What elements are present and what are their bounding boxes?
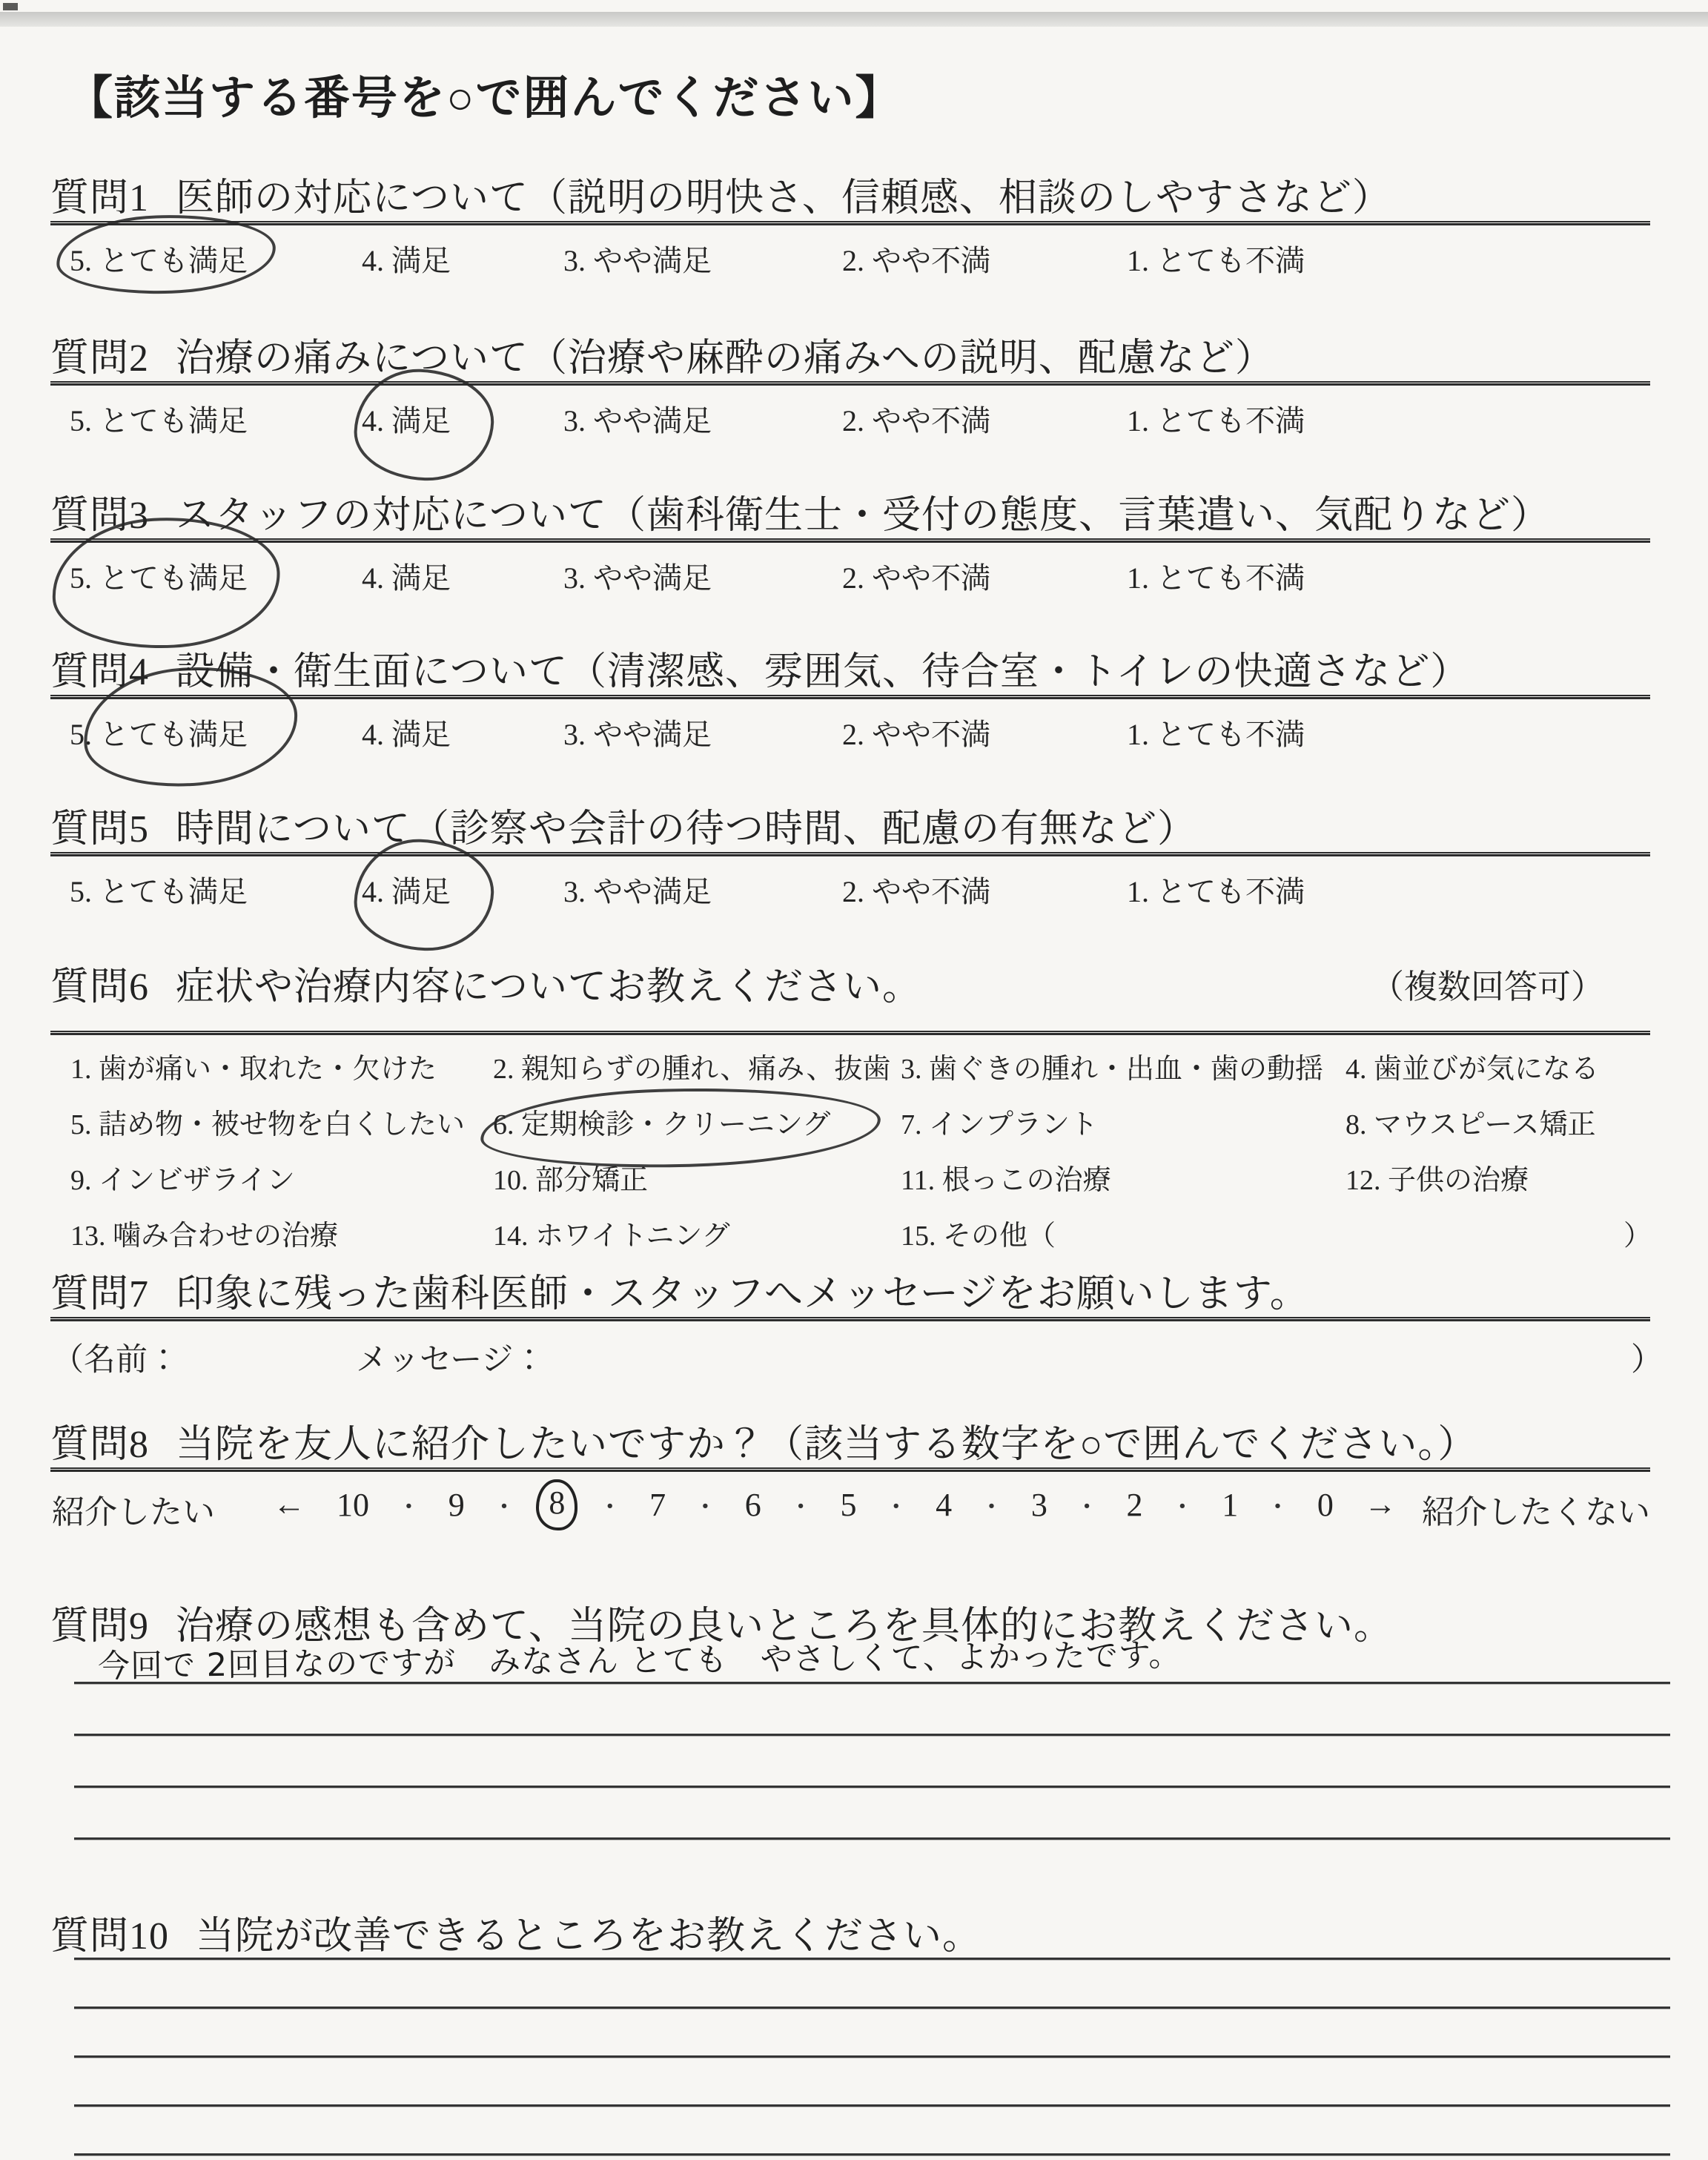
survey-page: 【該当する番号を○で囲んでください】 質問1医師の対応について（説明の明快さ、信… [0,0,1708,2160]
q8-number-9: 9 [448,1486,465,1524]
q9-answer-line-2 [74,1734,1670,1736]
q8-dot: ・ [396,1487,421,1523]
scan-edge-artifact [0,12,1708,27]
q6-option-15-close-paren: ） [1623,1212,1652,1253]
question-6: 質問6症状や治療内容についてお教えください。 （複数回答可） 1. 歯が痛い・取… [50,955,1652,1266]
q6-option-4: 4. 歯並びが気になる [1345,1046,1599,1086]
question-5: 質問5時間について（診察や会計の待つ時間、配慮の有無など） 5. とても満足 4… [50,797,1652,853]
q6-option-2: 2. 親知らずの腫れ、痛み、抜歯 [493,1046,891,1086]
question-6-text: 症状や治療内容についてお教えください。 [176,966,921,1008]
q4-option-4: 4. 満足 [362,711,451,753]
q10-answer-line-5 [74,2153,1670,2156]
q6-option-12: 12. 子供の治療 [1345,1157,1529,1198]
q6-option-3: 3. 歯ぐきの腫れ・出血・歯の動揺 [901,1046,1323,1086]
q6-option-15: 15. その他（ [901,1212,1056,1253]
q3-option-4: 4. 満足 [362,555,451,597]
q6-option-6: 6. 定期検診・クリーニング [493,1101,830,1142]
q7-name-label: （名前： [52,1335,179,1380]
question-5-text: 時間について（診察や会計の待つ時間、配慮の有無など） [176,808,1196,851]
question-10-title: 質問10当院が改善できるところをお教えください。 [50,1904,1652,1960]
q9-answer-line-1 [74,1682,1670,1684]
q8-right-label: 紹介したくない [1422,1485,1650,1533]
q8-right-arrow-icon: → [1364,1485,1397,1523]
q8-dot: ・ [788,1487,813,1523]
question-3-options: 5. とても満足 4. 満足 3. やや満足 2. やや不満 1. とても不満 [50,555,1652,602]
scan-corner-mark [3,3,18,10]
q9-answer-line-4 [74,1837,1670,1840]
q10-answer-line-3 [74,2055,1670,2058]
question-3: 質問3スタッフの対応について（歯科衛生士・受付の態度、言葉遣い、気配りなど） 5… [50,483,1652,539]
q1-option-3: 3. やや満足 [563,237,712,280]
question-8-underline [50,1467,1650,1472]
q2-option-3: 3. やや満足 [563,397,712,440]
q1-option-1: 1. とても不満 [1127,237,1305,280]
q5-option-3: 3. やや満足 [563,868,712,911]
q8-dot: ・ [884,1487,909,1523]
q6-option-14: 14. ホワイトニング [493,1212,730,1253]
q8-number-2: 2 [1127,1486,1143,1524]
question-10-number: 質問10 [50,1915,169,1958]
question-8-number: 質問8 [50,1424,149,1466]
q8-number-5: 5 [840,1486,856,1524]
question-1-underline [50,221,1650,225]
q10-answer-line-4 [74,2104,1670,2107]
q8-dot: ・ [1170,1487,1195,1523]
q9-answer-line-3 [74,1786,1670,1788]
q8-dot: ・ [1265,1487,1291,1523]
question-3-text: スタッフの対応について（歯科衛生士・受付の態度、言葉遣い、気配りなど） [176,495,1550,537]
q6-option-11: 11. 根っこの治療 [901,1157,1111,1198]
question-4-underline [50,695,1650,699]
q8-number-scale: 10 ・ 9 ・ 8 ・ 7 ・ 6 ・ 5 ・ 4 ・ 3 ・ 2 ・ 1 ・ [337,1485,1334,1525]
q3-option-5: 5. とても満足 [70,555,248,597]
q1-option-2: 2. やや不満 [842,237,990,280]
page-title: 【該当する番号を○で囲んでください】 [67,61,902,127]
q2-option-2: 2. やや不満 [842,397,990,440]
q3-option-2: 2. やや不満 [842,555,990,597]
question-4: 質問4設備・衛生面について（清潔感、雰囲気、待合室・トイレの快適さなど） 5. … [50,640,1652,696]
question-4-title: 質問4設備・衛生面について（清潔感、雰囲気、待合室・トイレの快適さなど） [50,640,1652,696]
question-2-underline [50,381,1650,386]
question-2: 質問2治療の痛みについて（治療や麻酔の痛みへの説明、配慮など） 5. とても満足… [50,326,1652,382]
q6-option-7: 7. インプラント [901,1101,1098,1142]
q6-option-8: 8. マウスピース矯正 [1345,1101,1595,1142]
q7-message-label: メッセージ： [356,1335,545,1380]
q1-option-4: 4. 満足 [362,237,451,280]
q6-option-10: 10. 部分矯正 [493,1157,648,1198]
q8-number-3: 3 [1031,1486,1047,1524]
q8-number-4: 4 [936,1486,952,1524]
q8-number-6: 6 [745,1486,761,1524]
q1-option-5: 5. とても満足 [70,237,248,280]
question-2-number: 質問2 [50,337,149,380]
q3-option-3: 3. やや満足 [563,555,712,597]
question-5-title: 質問5時間について（診察や会計の待つ時間、配慮の有無など） [50,797,1652,853]
q8-dot: ・ [692,1487,718,1523]
q8-number-8-circled: 8 [536,1479,577,1530]
q6-option-9: 9. インビザライン [70,1157,295,1198]
question-3-underline [50,538,1650,543]
q8-left-label: 紹介したい [52,1485,215,1533]
question-7-text: 印象に残った歯科医師・スタッフへメッセージをお願いします。 [176,1273,1309,1315]
q8-dot: ・ [979,1487,1004,1523]
question-1-title: 質問1医師の対応について（説明の明快さ、信頼感、相談のしやすさなど） [50,166,1652,222]
q10-answer-line-1 [74,1958,1670,1960]
question-5-number: 質問5 [50,808,149,851]
question-4-options: 5. とても満足 4. 満足 3. やや満足 2. やや不満 1. とても不満 [50,711,1652,759]
question-7: 質問7印象に残った歯科医師・スタッフへメッセージをお願いします。 （名前： メッ… [50,1262,1652,1318]
q6-option-1: 1. 歯が痛い・取れた・欠けた [70,1046,437,1086]
q3-option-1: 1. とても不満 [1127,555,1305,597]
question-3-number: 質問3 [50,495,149,537]
question-6-number: 質問6 [50,966,149,1008]
q8-dot: ・ [491,1487,517,1523]
question-1-options: 5. とても満足 4. 満足 3. やや満足 2. やや不満 1. とても不満 [50,237,1652,285]
q10-answer-line-2 [74,2007,1670,2009]
question-4-number: 質問4 [50,651,149,693]
question-4-text: 設備・衛生面について（清潔感、雰囲気、待合室・トイレの快適さなど） [176,651,1469,693]
question-1: 質問1医師の対応について（説明の明快さ、信頼感、相談のしやすさなど） 5. とて… [50,166,1652,222]
q6-option-5: 5. 詰め物・被せ物を白くしたい [70,1101,465,1142]
q4-option-1: 1. とても不満 [1127,711,1305,753]
q8-number-1: 1 [1222,1486,1238,1524]
question-2-options: 5. とても満足 4. 満足 3. やや満足 2. やや不満 1. とても不満 [50,397,1652,445]
q6-multiple-answers-note: （複数回答可） [1371,960,1604,1008]
q5-option-4: 4. 満足 [362,868,451,911]
question-6-underline [50,1031,1650,1035]
question-8: 質問8当院を友人に紹介したいですか？（該当する数字を○で囲んでください。） 紹介… [50,1413,1652,1468]
question-8-text: 当院を友人に紹介したいですか？（該当する数字を○で囲んでください。） [176,1424,1477,1466]
q2-option-1: 1. とても不満 [1127,397,1305,440]
q8-number-7: 7 [649,1486,666,1524]
question-10: 質問10当院が改善できるところをお教えください。 [50,1904,1652,1960]
question-5-underline [50,852,1650,856]
q8-left-arrow-icon: ← [273,1485,305,1523]
q2-option-5: 5. とても満足 [70,397,248,440]
q2-option-4: 4. 満足 [362,397,451,440]
q4-option-2: 2. やや不満 [842,711,990,753]
q4-option-5: 5. とても満足 [70,711,248,753]
question-1-text: 医師の対応について（説明の明快さ、信頼感、相談のしやすさなど） [176,177,1391,219]
q5-option-5: 5. とても満足 [70,868,248,911]
question-2-title: 質問2治療の痛みについて（治療や麻酔の痛みへの説明、配慮など） [50,326,1652,382]
question-8-title: 質問8当院を友人に紹介したいですか？（該当する数字を○で囲んでください。） [50,1413,1652,1468]
q5-option-2: 2. やや不満 [842,868,990,911]
q4-option-3: 3. やや満足 [563,711,712,753]
q6-option-13: 13. 噛み合わせの治療 [70,1212,338,1253]
question-2-text: 治療の痛みについて（治療や麻酔の痛みへの説明、配慮など） [176,337,1274,380]
question-5-options: 5. とても満足 4. 満足 3. やや満足 2. やや不満 1. とても不満 [50,868,1652,916]
q8-number-10: 10 [337,1486,369,1524]
question-3-title: 質問3スタッフの対応について（歯科衛生士・受付の態度、言葉遣い、気配りなど） [50,483,1652,539]
q8-number-0: 0 [1317,1486,1334,1524]
question-7-title: 質問7印象に残った歯科医師・スタッフへメッセージをお願いします。 [50,1262,1652,1318]
question-10-text: 当院が改善できるところをお教えください。 [196,1915,982,1958]
question-7-underline [50,1317,1650,1321]
question-1-number: 質問1 [50,177,149,219]
q8-dot: ・ [1074,1487,1099,1523]
question-7-number: 質問7 [50,1273,149,1315]
q5-option-1: 1. とても不満 [1127,868,1305,911]
q7-close-paren: ） [1631,1335,1663,1380]
q8-dot: ・ [598,1487,623,1523]
